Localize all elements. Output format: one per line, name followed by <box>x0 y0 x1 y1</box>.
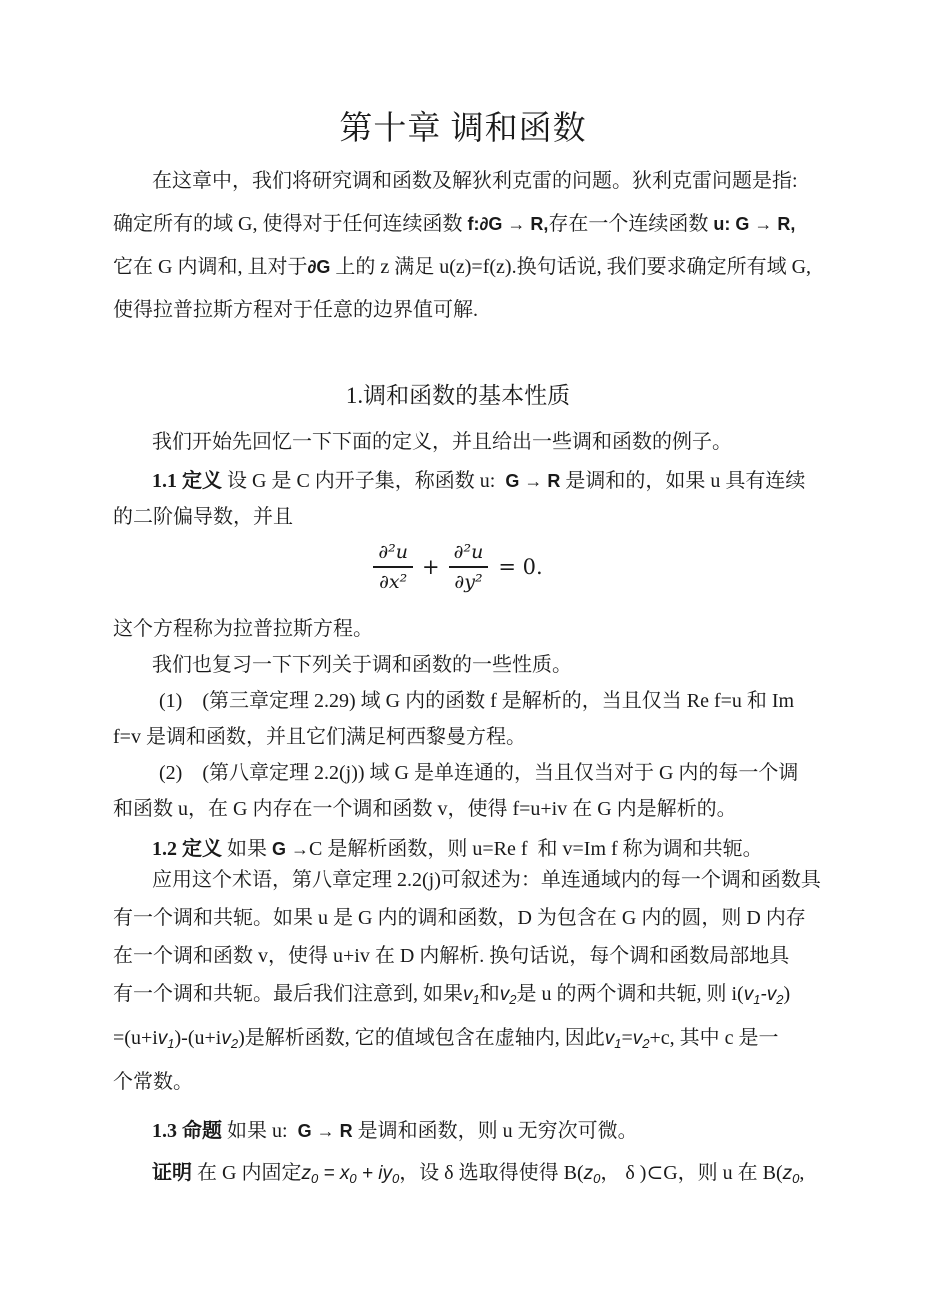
property-item-2: (2) (第八章定理 2.2(j)) 域 G 是单连通的，当且仅当对于 G 内的… <box>113 755 803 827</box>
text-line: f=v 是调和函数，并且它们满足柯西黎曼方程。 <box>113 719 803 755</box>
text-line: 1.3 命题 如果 u: G → R 是调和函数，则 u 无穷次可微。 <box>113 1113 803 1149</box>
text-run: 和 <box>480 983 500 1005</box>
text-run: G → R <box>505 471 560 491</box>
text-run: 如果 u: <box>222 1120 298 1142</box>
laplace-equation-formula: ∂²u∂x²+∂²u∂y²= 0. <box>113 535 803 599</box>
text-run: 证明 <box>152 1162 192 1184</box>
text-run: = <box>318 1163 340 1184</box>
text-run: ∂G <box>307 257 330 277</box>
text-run: 0 <box>349 1171 356 1186</box>
text-run: 1 <box>473 992 480 1007</box>
text-line: 使得拉普拉斯方程对于任意的边界值可解. <box>113 289 803 332</box>
text-run: 1.1 定义 <box>152 470 222 492</box>
text-line: (1) (第三章定理 2.29) 域 G 内的函数 f 是解析的，当且仅当 Re… <box>113 683 803 719</box>
text-run: 1.2 定义 <box>152 838 222 860</box>
text-run: u: G → R, <box>713 214 795 234</box>
text-line: (2) (第八章定理 2.2(j)) 域 G 是单连通的，当且仅当对于 G 内的… <box>113 755 803 791</box>
proof-paragraph: 证明 在 G 内固定z0 = x0 + iy0，设 δ 选取得使得 B(z0， … <box>113 1155 803 1197</box>
text-run: 1.3 命题 <box>152 1120 222 1142</box>
fraction: ∂²u∂y² <box>449 540 489 594</box>
text-run: f:∂G → R, <box>467 214 548 234</box>
text-run: =(u+i <box>113 1027 158 1049</box>
text-line: 有一个调和共轭。如果 u 是 G 内的调和函数，D 为包含在 G 内的圆，则 D… <box>113 899 803 937</box>
text-line: 1.1 定义 设 G 是 C 内开子集，称函数 u: G → R 是调和的，如果… <box>113 463 803 499</box>
text-run: v <box>463 984 473 1005</box>
document-page: 第十章 调和函数 在这章中，我们将研究调和函数及解狄利克雷的问题。狄利克雷问题是… <box>0 0 926 1309</box>
text-run: 确定所有的域 G, 使得对于任何连续函数 <box>113 213 467 235</box>
property-item-1: (1) (第三章定理 2.29) 域 G 内的函数 f 是解析的，当且仅当 Re… <box>113 683 803 755</box>
text-run: v <box>221 1028 231 1049</box>
review-paragraph: 我们也复习一下下列关于调和函数的一些性质。 <box>113 647 803 683</box>
text-run: 2 <box>642 1036 649 1051</box>
text-run: 这个方程称为拉普拉斯方程。 <box>113 618 373 640</box>
text-run: +c, 其中 c 是一 <box>650 1027 779 1049</box>
text-run: ， δ )⊂G，则 u 在 B( <box>600 1162 782 1184</box>
text-run: G → R <box>298 1121 353 1141</box>
text-run: (1) (第三章定理 2.29) 域 G 内的函数 f 是解析的，当且仅当 Re… <box>159 690 794 712</box>
text-run: 在 G 内固定 <box>192 1162 301 1184</box>
text-run: z <box>584 1163 594 1184</box>
text-run: z <box>301 1163 311 1184</box>
text-run: f=v 是调和函数，并且它们满足柯西黎曼方程。 <box>113 726 526 748</box>
text-run: 有一个调和共轭。如果 u 是 G 内的调和函数，D 为包含在 G 内的圆，则 D… <box>113 907 806 929</box>
text-run: v <box>158 1028 168 1049</box>
numerator: ∂²u <box>449 540 489 568</box>
text-run: 在这章中，我们将研究调和函数及解狄利克雷的问题。狄利克雷问题是指: <box>152 170 798 192</box>
text-line: 证明 在 G 内固定z0 = x0 + iy0，设 δ 选取得使得 B(z0， … <box>113 1155 803 1197</box>
text-run: , <box>799 1162 804 1184</box>
text-run: 我们也复习一下下列关于调和函数的一些性质。 <box>152 654 572 676</box>
text-line: 的二阶偏导数，并且 <box>113 499 803 535</box>
proposition-1-3: 1.3 命题 如果 u: G → R 是调和函数，则 u 无穷次可微。 <box>113 1113 803 1149</box>
text-line: 确定所有的域 G, 使得对于任何连续函数 f:∂G → R,存在一个连续函数 u… <box>113 203 803 246</box>
text-run: )-(u+i <box>175 1027 222 1049</box>
text-run: ) <box>783 983 790 1005</box>
text-run: 我们开始先回忆一下下面的定义，并且给出一些调和函数的例子。 <box>152 431 732 453</box>
text-line: 1.调和函数的基本性质 <box>113 378 803 414</box>
text-run: v <box>744 984 754 1005</box>
text-line: 在这章中，我们将研究调和函数及解狄利克雷的问题。狄利克雷问题是指: <box>113 160 803 203</box>
text-run: 个常数。 <box>113 1071 193 1093</box>
text-run: = <box>621 1027 632 1049</box>
text-run: 设 G 是 C 内开子集，称函数 u: <box>222 470 505 492</box>
laplace-name-paragraph: 这个方程称为拉普拉斯方程。 <box>113 611 803 647</box>
text-run: 是调和的，如果 u 具有连续 <box>560 470 805 492</box>
text-run: v <box>500 984 510 1005</box>
denominator: ∂x² <box>373 568 413 594</box>
text-run: 上的 z 满足 u(z)=f(z).换句话说, 我们要求确定所有域 G, <box>330 256 811 278</box>
text-line: =(u+iv1)-(u+iv2)是解析函数, 它的值域包含在虚轴内, 因此v1=… <box>113 1019 803 1063</box>
text-run: 使得拉普拉斯方程对于任意的边界值可解. <box>113 299 478 321</box>
text-column: 在这章中，我们将研究调和函数及解狄利克雷的问题。狄利克雷问题是指:确定所有的域 … <box>0 160 803 1197</box>
numerator: ∂²u <box>373 540 413 568</box>
text-line: 和函数 u，在 G 内存在一个调和函数 v，使得 f=u+iv 在 G 内是解析… <box>113 791 803 827</box>
text-line: 我们开始先回忆一下下面的定义，并且给出一些调和函数的例子。 <box>113 424 803 460</box>
plus-operator: + <box>422 555 440 579</box>
text-line: 个常数。 <box>113 1063 803 1101</box>
text-run: G → <box>272 839 309 859</box>
text-run: + iy <box>357 1163 392 1184</box>
text-run: 在一个调和函数 v，使得 u+iv 在 D 内解析. 换句话说，每个调和函数局部… <box>113 945 789 967</box>
text-line: 我们也复习一下下列关于调和函数的一些性质。 <box>113 647 803 683</box>
text-run: z <box>783 1163 793 1184</box>
text-run: 是调和函数，则 u 无穷次可微。 <box>353 1120 638 1142</box>
equals-zero: = 0. <box>498 555 542 579</box>
text-run: 2 <box>231 1036 238 1051</box>
text-run: 如果 <box>222 838 272 860</box>
text-run: 是 u 的两个调和共轭, 则 i( <box>516 983 743 1005</box>
text-run: v <box>767 984 777 1005</box>
text-run: 存在一个连续函数 <box>548 213 713 235</box>
text-run: x <box>340 1163 350 1184</box>
text-run: 和函数 u，在 G 内存在一个调和函数 v，使得 f=u+iv 在 G 内是解析… <box>113 798 737 820</box>
text-line: 它在 G 内调和, 且对于∂G 上的 z 满足 u(z)=f(z).换句话说, … <box>113 246 803 289</box>
text-run: v <box>633 1028 643 1049</box>
text-line: 在一个调和函数 v，使得 u+iv 在 D 内解析. 换句话说，每个调和函数局部… <box>113 937 803 975</box>
text-run: 应用这个术语，第八章定理 2.2(j)可叙述为：单连通域内的每一个调和函数具 <box>152 869 821 891</box>
text-run: 它在 G 内调和, 且对于 <box>113 256 307 278</box>
text-run: ，设 δ 选取得使得 B( <box>399 1162 583 1184</box>
fraction: ∂²u∂x² <box>373 540 413 594</box>
text-line: 应用这个术语，第八章定理 2.2(j)可叙述为：单连通域内的每一个调和函数具 <box>113 861 803 899</box>
chapter-title: 第十章 调和函数 <box>0 106 926 152</box>
text-run: 1 <box>167 1036 174 1051</box>
text-run: )是解析函数, 它的值域包含在虚轴内, 因此 <box>238 1027 605 1049</box>
definition-1-1: 1.1 定义 设 G 是 C 内开子集，称函数 u: G → R 是调和的，如果… <box>113 463 803 535</box>
text-run: 1.调和函数的基本性质 <box>346 383 570 408</box>
text-line: 有一个调和共轭。最后我们注意到, 如果v1和v2是 u 的两个调和共轭, 则 i… <box>113 975 803 1019</box>
text-run: v <box>605 1028 615 1049</box>
intro-paragraph: 在这章中，我们将研究调和函数及解狄利克雷的问题。狄利克雷问题是指:确定所有的域 … <box>113 160 803 332</box>
conjugate-discussion-paragraph: 应用这个术语，第八章定理 2.2(j)可叙述为：单连通域内的每一个调和函数具有一… <box>113 861 803 1101</box>
text-run: C 是解析函数，则 u=Re f 和 v=Im f 称为调和共轭。 <box>309 838 763 860</box>
text-run: 有一个调和共轭。最后我们注意到, 如果 <box>113 983 463 1005</box>
recall-paragraph: 我们开始先回忆一下下面的定义，并且给出一些调和函数的例子。 <box>113 424 803 460</box>
denominator: ∂y² <box>449 568 489 594</box>
text-run: (2) (第八章定理 2.2(j)) 域 G 是单连通的，当且仅当对于 G 内的… <box>159 762 798 784</box>
section-heading: 1.调和函数的基本性质 <box>113 378 803 414</box>
text-line: 这个方程称为拉普拉斯方程。 <box>113 611 803 647</box>
text-run: 的二阶偏导数，并且 <box>113 506 293 528</box>
